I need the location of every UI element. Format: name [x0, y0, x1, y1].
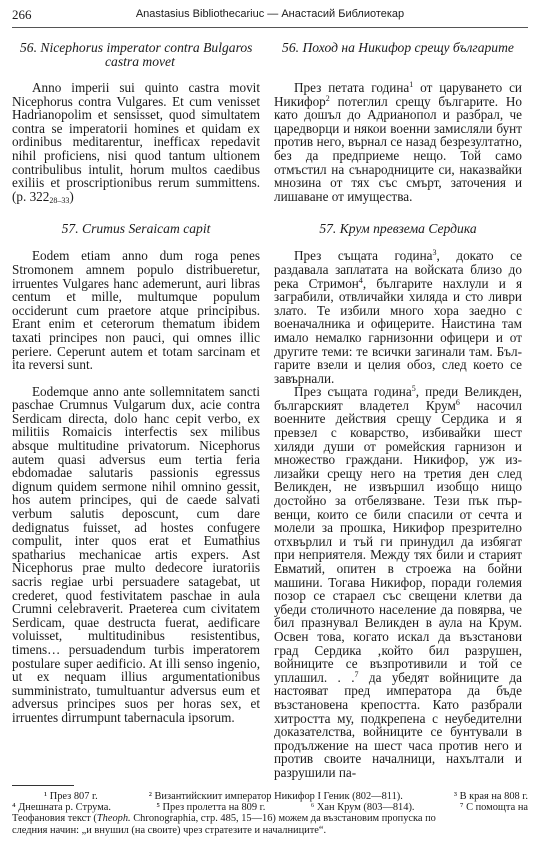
section-57-bulgarian-heading: 57. Крум превзема Сердика [274, 222, 522, 236]
section-57-bulgarian-paragraph-2: През същата година5, преди Велик­ден, бъ… [274, 385, 522, 779]
section-56-latin-heading: 56. Nicephorus imperator contra Bulgaros… [12, 41, 260, 69]
footnote-3: ³ В края на 808 г. [454, 791, 528, 802]
section-56-latin-text: Anno imperii sui quinto castra movit Nic… [12, 81, 260, 203]
footnote-1: ¹ През 807 г. [44, 791, 98, 802]
footnote-4: ⁴ Днешната р. Струма. [12, 802, 111, 813]
section-57-latin-heading: 57. Crumus Seraicam capit [12, 222, 260, 236]
running-title: Anastasius Bibliothecariuc — Анастасий Б… [12, 8, 528, 20]
footnote-5: ⁵ През пролетта на 809 г. [156, 802, 265, 813]
footnote-divider [12, 785, 74, 786]
footnote-line: ¹ През 807 г. ² Византийскиит император … [12, 791, 528, 802]
footnote-7-continued: Теофановия текст (Theoph. Chronographia,… [12, 813, 528, 824]
section-57-bulgarian-paragraph-1: През същата година3, докато се раздавала… [274, 249, 522, 385]
section-57-latin-paragraph-2: Eodemque anno ante sollemnitatem sancti … [12, 385, 260, 725]
latin-column: 56. Nicephorus imperator contra Bulgaros… [12, 41, 260, 725]
footnote-line: ⁴ Днешната р. Струма. ⁵ През пролетта на… [12, 802, 528, 813]
section-56-bulgarian-text: През петата година1 от царуването си Ник… [274, 81, 522, 203]
footnote-2: ² Византийскиит император Никифор I Гени… [149, 791, 403, 802]
bulgarian-column: 56. Поход на Никифор срещу българите Пре… [274, 41, 522, 780]
footnote-7-end: следния начин: „и внушил (на своите) чре… [12, 825, 528, 836]
section-56-bulgarian-heading: 56. Поход на Никифор срещу българите [274, 41, 522, 55]
page-header: 266 Anastasius Bibliothecariuc — Анастас… [12, 7, 528, 28]
section-57-latin-paragraph-1: Eodem etiam anno dum roga penes Stromone… [12, 249, 260, 371]
footnote-7: ⁷ С помощта на [460, 802, 528, 813]
footnote-6: ⁶ Хан Крум (803—814). [311, 802, 415, 813]
footnotes: ¹ През 807 г. ² Византийскиит император … [12, 791, 528, 836]
